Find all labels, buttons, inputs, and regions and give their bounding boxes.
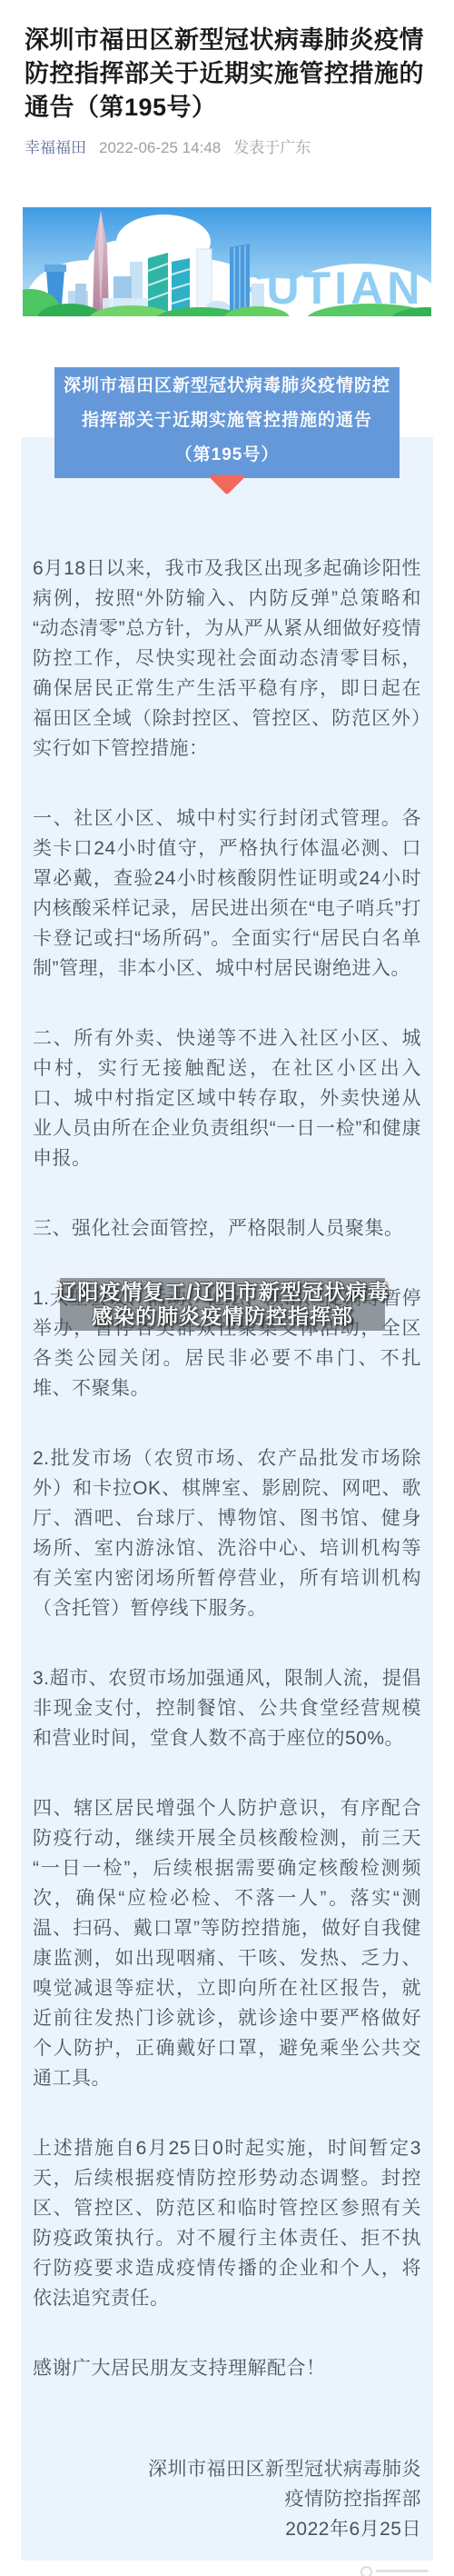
page-title: 深圳市福田区新型冠状病毒肺炎疫情防控指挥部关于近期实施管控措施的通告（第195号…: [25, 24, 429, 125]
body-paragraph: 三、强化社会面管控，严格限制人员聚集。: [33, 1213, 421, 1243]
caption-line-1: 辽阳疫情复工/辽阳市新型冠状病毒: [55, 1280, 389, 1304]
caption-line-2: 感染的肺炎疫情防控指挥部: [92, 1304, 353, 1329]
body-paragraph: 2.批发市场（农贸市场、农产品批发市场除外）和卡拉OK、棋牌室、影剧院、网吧、歌…: [33, 1443, 421, 1623]
account-link[interactable]: 幸福福田: [25, 138, 86, 158]
page-bottom-strip: [0, 2561, 454, 2576]
notice-title-box: 深圳市福田区新型冠状病毒肺炎疫情防控 指挥部关于近期实施管控措施的通告 （第19…: [54, 367, 400, 478]
video-caption-overlay: 辽阳疫情复工/辽阳市新型冠状病毒 感染的肺炎疫情防控指挥部: [60, 1278, 385, 1331]
publish-date: 2022-06-25 14:48: [99, 138, 221, 158]
pointer-down-triangle-icon: [209, 474, 245, 494]
signature-block: 深圳市福田区新型冠状病毒肺炎 疫情防控指挥部 2022年6月25日: [33, 2454, 421, 2544]
notice-body-panel: 深圳市福田区新型冠状病毒肺炎疫情防控 指挥部关于近期实施管控措施的通告 （第19…: [21, 437, 433, 2561]
body-paragraph: 感谢广大居民朋友支持理解配合！: [33, 2353, 421, 2383]
article-header: 深圳市福田区新型冠状病毒肺炎疫情防控指挥部关于近期实施管控措施的通告（第195号…: [0, 0, 454, 158]
city-skyline-banner: FUTIAN: [23, 207, 431, 316]
signature-line: 疫情防控指挥部: [33, 2484, 421, 2514]
article-page: 深圳市福田区新型冠状病毒肺炎疫情防控指挥部关于近期实施管控措施的通告（第195号…: [0, 0, 454, 2576]
body-paragraph: 四、辖区居民增强个人防护意识，有序配合防疫行动，继续开展全员核酸检测，前三天“一…: [33, 1793, 421, 2093]
body-paragraph: 上述措施自6月25日0时起实施，时间暂定3天，后续根据疫情防控形势动态调整。封控…: [33, 2133, 421, 2313]
notice-title-line: （第195号）: [54, 438, 400, 473]
body-paragraph: 3.超市、农贸市场加强通风，限制人流，提倡非现金支付，控制餐馆、公共食堂经营规模…: [33, 1663, 421, 1753]
notice-title-line: 指挥部关于近期实施管控措施的通告: [54, 404, 400, 438]
body-paragraph: 1.大型会议、活动、论坛、演出、促销等暂停举办，暂停各类群众性聚集文体活动，全区…: [33, 1283, 421, 1403]
notice-paragraphs: 6月18日以来，我市及我区出现多起确诊阳性病例，按照“外防输入、内防反弹”总策略…: [33, 554, 421, 2383]
body-paragraph: 6月18日以来，我市及我区出现多起确诊阳性病例，按照“外防输入、内防反弹”总策略…: [33, 554, 421, 764]
publish-location: 发表于广东: [233, 138, 311, 158]
article-meta: 幸福福田 2022-06-25 14:48 发表于广东: [25, 138, 429, 158]
signature-line: 深圳市福田区新型冠状病毒肺炎: [33, 2454, 421, 2484]
body-paragraph: 一、社区小区、城中村实行封闭式管理。各类卡口24小时值守，严格执行体温必测、口罩…: [33, 804, 421, 983]
signature-line: 2022年6月25日: [33, 2514, 421, 2544]
notice-title-line: 深圳市福田区新型冠状病毒肺炎疫情防控: [54, 369, 400, 404]
cutoff-watermark: [360, 2566, 431, 2575]
body-paragraph: 二、所有外卖、快递等不进入社区小区、城中村，实行无接触配送，在社区小区出入口、城…: [33, 1023, 421, 1173]
